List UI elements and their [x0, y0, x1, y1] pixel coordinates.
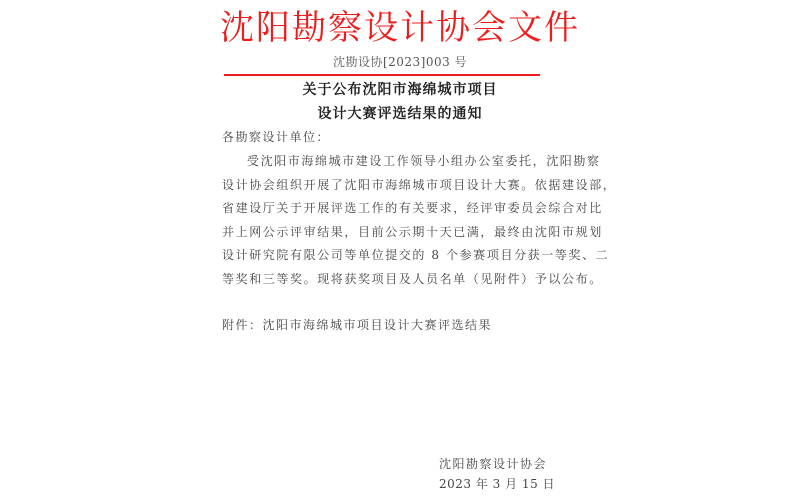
body-paragraph: 受沈阳市海绵城市建设工作领导小组办公室委托，沈阳勘察 设计协会组织开展了沈阳市海…	[222, 150, 562, 291]
signature-date: 2023 年 3 月 15 日	[439, 476, 555, 492]
body-line: 省建设厅关于开展评选工作的有关要求，经评审委员会综合对比	[222, 197, 562, 221]
notice-heading-line-1: 关于公布沈阳市海绵城市项目	[0, 81, 800, 99]
attachment-note: 附件：沈阳市海绵城市项目设计大赛评选结果	[222, 317, 492, 333]
notice-heading-line-2: 设计大赛评选结果的通知	[0, 105, 800, 123]
signer-organization: 沈阳勘察设计协会	[439, 456, 547, 472]
body-line: 设计研究院有限公司等单位提交的 8 个参赛项目分获一等奖、二	[222, 244, 562, 268]
salutation: 各勘察设计单位：	[222, 129, 330, 145]
body-line: 设计协会组织开展了沈阳市海绵城市项目设计大赛。依据建设部，	[222, 174, 562, 198]
body-line: 等奖和三等奖。现将获奖项目及人员名单（见附件）予以公布。	[222, 268, 562, 292]
red-divider	[224, 74, 540, 76]
body-line: 受沈阳市海绵城市建设工作领导小组办公室委托，沈阳勘察	[222, 150, 562, 174]
document-title: 沈阳勘察设计协会文件	[0, 8, 800, 48]
body-line: 并上网公示评审结果，目前公示期十天已满，最终由沈阳市规划	[222, 221, 562, 245]
document-number: 沈勘设协[2023]003 号	[0, 54, 800, 70]
